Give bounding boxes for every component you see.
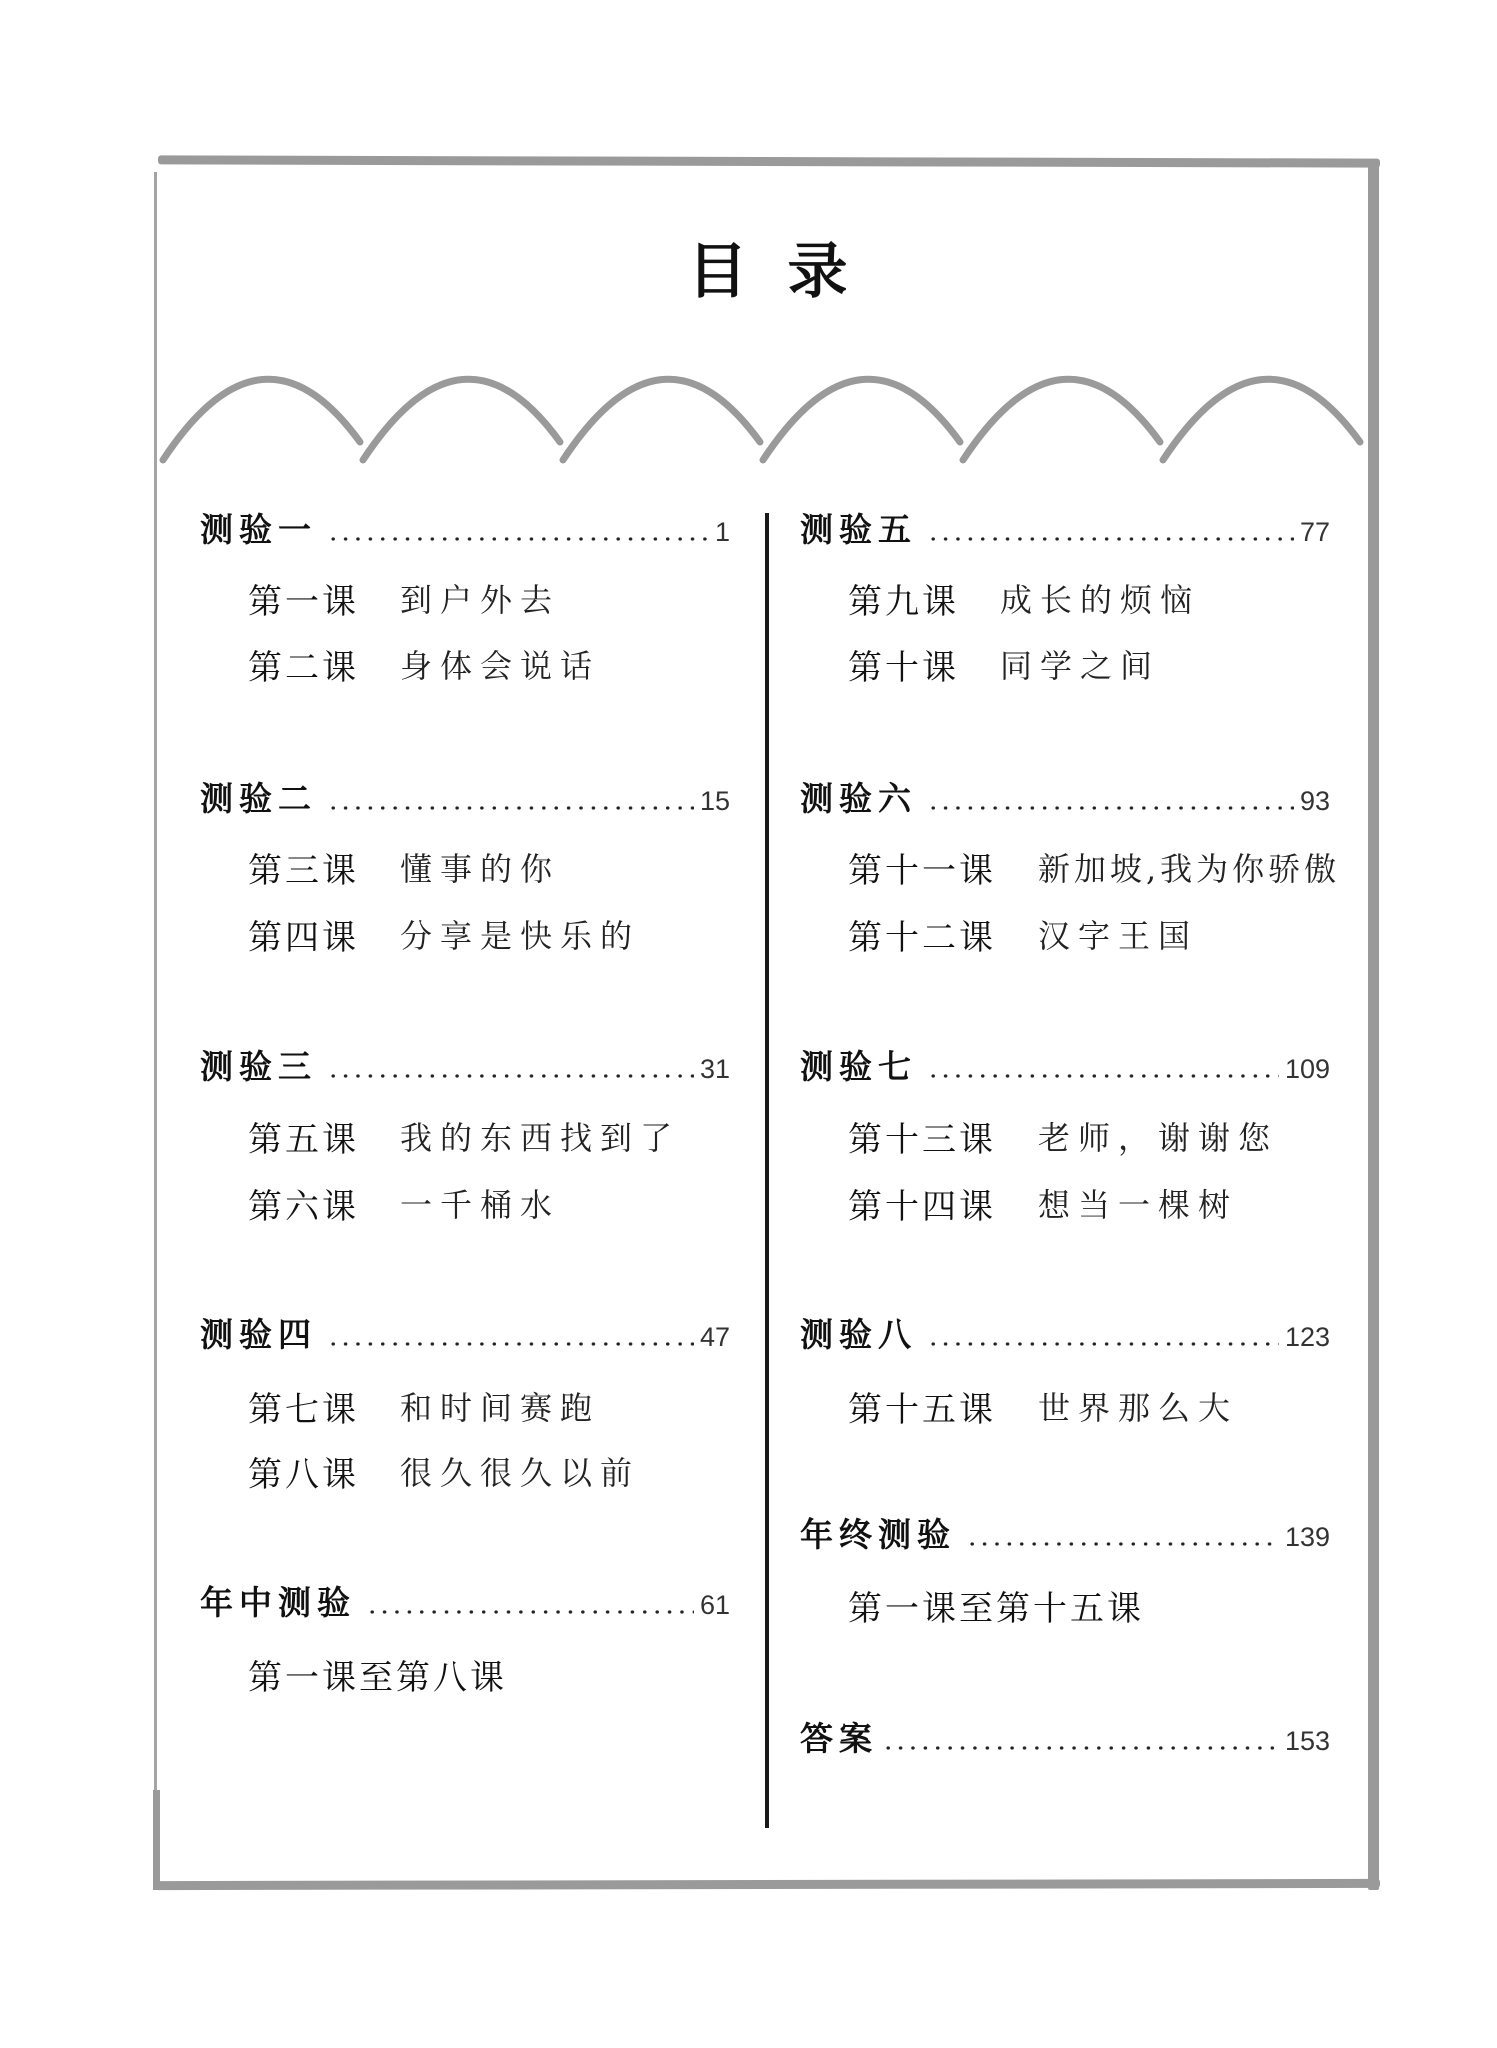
- dot-leader: [327, 1342, 694, 1346]
- page-number: 15: [700, 783, 730, 819]
- page-number: 61: [700, 1587, 730, 1623]
- dot-leader: [927, 1074, 1279, 1078]
- toc-lesson[interactable]: 第八课 很久很久以前: [248, 1449, 640, 1493]
- toc-lesson[interactable]: 第九课 成长的烦恼: [848, 576, 1200, 620]
- dot-leader: [927, 806, 1294, 810]
- lesson-title: 我的东西找到了: [400, 1113, 680, 1159]
- toc-section-test-2[interactable]: 测验二 15: [200, 775, 730, 819]
- frame-border-bottom: [155, 1879, 1380, 1890]
- toc-lesson[interactable]: 第十课 同学之间: [848, 642, 1160, 686]
- lesson-title: 一千桶水: [400, 1180, 560, 1226]
- lesson-title: 汉字王国: [1038, 911, 1198, 957]
- lesson-title: 到户外去: [400, 575, 560, 621]
- toc-section-answers[interactable]: 答案 153: [800, 1715, 1330, 1759]
- toc-section-midyear-test[interactable]: 年中测验 61: [200, 1579, 730, 1623]
- lesson-title: 同学之间: [1000, 641, 1160, 687]
- dot-leader: [327, 1074, 694, 1078]
- section-label: 测验一: [200, 510, 317, 550]
- lesson-title: 分享是快乐的: [400, 911, 640, 957]
- section-label: 测验四: [200, 1315, 317, 1355]
- lesson-range: 第一课至第十五课: [848, 1581, 1144, 1630]
- frame-border-top: [158, 155, 1380, 167]
- toc-section-test-8[interactable]: 测验八 123: [800, 1311, 1330, 1355]
- lesson-number: 第四课: [248, 910, 400, 959]
- toc-section-test-1[interactable]: 测验一 1: [200, 506, 730, 550]
- section-label: 测验六: [800, 779, 917, 819]
- dot-leader: [882, 1746, 1279, 1750]
- section-label: 测验五: [800, 510, 917, 550]
- lesson-number: 第六课: [248, 1179, 400, 1228]
- toc-lesson[interactable]: 第四课 分享是快乐的: [248, 912, 640, 956]
- dot-leader: [966, 1542, 1279, 1546]
- lesson-title: 老师，谢谢您: [1038, 1113, 1278, 1159]
- toc-lesson[interactable]: 第七课 和时间赛跑: [248, 1384, 600, 1428]
- page-number: 1: [715, 514, 730, 550]
- lesson-number: 第三课: [248, 843, 400, 892]
- toc-lesson[interactable]: 第十四课 想当一棵树: [848, 1181, 1238, 1225]
- page-number: 77: [1300, 514, 1330, 550]
- lesson-range: 第一课至第八课: [248, 1650, 507, 1699]
- toc-section-test-3[interactable]: 测验三 31: [200, 1043, 730, 1087]
- section-label: 年终测验: [800, 1515, 956, 1555]
- lesson-number: 第十四课: [848, 1179, 1038, 1228]
- page-number: 139: [1285, 1519, 1330, 1555]
- lesson-title: 世界那么大: [1038, 1383, 1238, 1429]
- toc-lesson-range[interactable]: 第一课至第八课: [248, 1652, 507, 1696]
- section-label: 测验八: [800, 1315, 917, 1355]
- lesson-number: 第一课: [248, 574, 400, 623]
- section-label: 测验七: [800, 1047, 917, 1087]
- dot-leader: [927, 537, 1294, 541]
- toc-section-final-test[interactable]: 年终测验 139: [800, 1511, 1330, 1555]
- section-label: 年中测验: [200, 1583, 356, 1623]
- toc-lesson[interactable]: 第五课 我的东西找到了: [248, 1114, 680, 1158]
- toc-section-test-4[interactable]: 测验四 47: [200, 1311, 730, 1355]
- dot-leader: [327, 537, 709, 541]
- section-label: 测验二: [200, 779, 317, 819]
- toc-lesson[interactable]: 第十三课 老师，谢谢您: [848, 1114, 1278, 1158]
- dot-leader: [927, 1342, 1279, 1346]
- scallop-arcs-decoration: [150, 360, 1380, 480]
- toc-lesson[interactable]: 第十一课 新加坡,我为你骄傲: [848, 845, 1340, 889]
- frame-border-left-bottom: [153, 1790, 160, 1890]
- lesson-number: 第八课: [248, 1447, 400, 1496]
- lesson-title: 想当一棵树: [1038, 1180, 1238, 1226]
- toc-lesson[interactable]: 第一课 到户外去: [248, 576, 560, 620]
- toc-lesson[interactable]: 第二课 身体会说话: [248, 642, 600, 686]
- lesson-number: 第十课: [848, 640, 1000, 689]
- toc-section-test-6[interactable]: 测验六 93: [800, 775, 1330, 819]
- toc-lesson[interactable]: 第三课 懂事的你: [248, 845, 560, 889]
- toc-lesson[interactable]: 第六课 一千桶水: [248, 1181, 560, 1225]
- lesson-number: 第十二课: [848, 910, 1038, 959]
- dot-leader: [366, 1610, 694, 1614]
- page-number: 153: [1285, 1723, 1330, 1759]
- lesson-number: 第十一课: [848, 843, 1038, 892]
- lesson-number: 第五课: [248, 1112, 400, 1161]
- lesson-title: 很久很久以前: [400, 1448, 640, 1494]
- toc-lesson-range[interactable]: 第一课至第十五课: [848, 1583, 1144, 1627]
- lesson-number: 第二课: [248, 640, 400, 689]
- page-number: 109: [1285, 1051, 1330, 1087]
- section-label: 答案: [800, 1719, 878, 1759]
- section-label: 测验三: [200, 1047, 317, 1087]
- lesson-title: 成长的烦恼: [1000, 575, 1200, 621]
- page-number: 31: [700, 1051, 730, 1087]
- toc-lesson[interactable]: 第十五课 世界那么大: [848, 1384, 1238, 1428]
- lesson-title: 和时间赛跑: [400, 1383, 600, 1429]
- toc-section-test-5[interactable]: 测验五 77: [800, 506, 1330, 550]
- page-number: 93: [1300, 783, 1330, 819]
- toc-section-test-7[interactable]: 测验七 109: [800, 1043, 1330, 1087]
- lesson-number: 第十三课: [848, 1112, 1038, 1161]
- page-number: 123: [1285, 1319, 1330, 1355]
- lesson-number: 第十五课: [848, 1382, 1038, 1431]
- page-number: 47: [700, 1319, 730, 1355]
- dot-leader: [327, 806, 694, 810]
- lesson-title: 身体会说话: [400, 641, 600, 687]
- page-title: 目录: [0, 236, 1497, 308]
- lesson-number: 第七课: [248, 1382, 400, 1431]
- lesson-title: 新加坡,我为你骄傲: [1038, 844, 1340, 890]
- toc-lesson[interactable]: 第十二课 汉字王国: [848, 912, 1198, 956]
- lesson-number: 第九课: [848, 574, 1000, 623]
- column-divider: [765, 513, 769, 1828]
- lesson-title: 懂事的你: [400, 844, 560, 890]
